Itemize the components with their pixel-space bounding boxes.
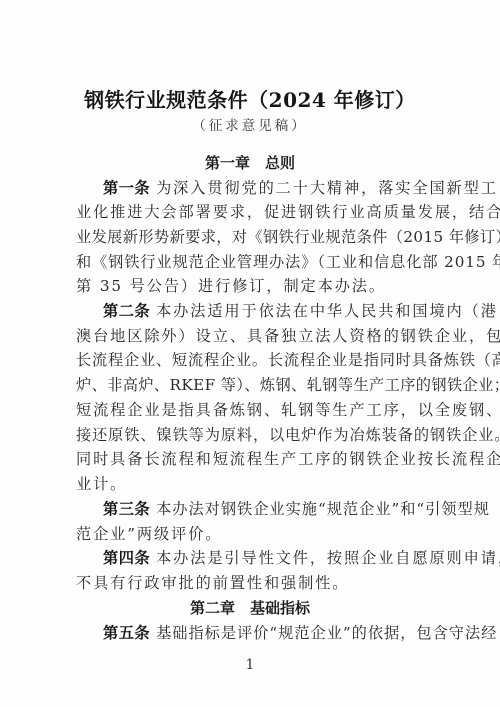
document-subtitle: （征求意见稿） xyxy=(0,116,500,136)
article-2-line-2: 澳台地区除外）设立、具备独立法人资格的钢铁企业，包括 xyxy=(76,325,428,347)
article-2-line-7: 同时具备长流程和短流程生产工序的钢铁企业按长流程企 xyxy=(76,448,428,470)
article-4-line-1: 第四条本办法是引导性文件，按照企业自愿原则申请， xyxy=(103,547,428,569)
article-label: 第一条 xyxy=(103,179,150,197)
article-5-line-1: 第五条基础指标是评价“规范企业”的依据，包含守法经 xyxy=(103,622,428,644)
paragraph-text: 本办法对钢铁企业实施“规范企业”和“引领型规 xyxy=(156,500,490,518)
article-2-line-3: 长流程企业、短流程企业。长流程企业是指同时具备炼铁（高 xyxy=(76,349,428,371)
paragraph-text: 基础指标是评价“规范企业”的依据，包含守法经 xyxy=(156,624,497,642)
article-label: 第五条 xyxy=(103,624,150,642)
article-1-line-5: 第 35 号公告）进行修订，制定本办法。 xyxy=(76,275,428,297)
article-1-line-2: 业化推进大会部署要求，促进钢铁行业高质量发展，结合行 xyxy=(76,201,428,223)
article-1-line-3: 业发展新形势新要求，对《钢铁行业规范条件（2015 年修订）》 xyxy=(76,226,428,248)
article-label: 第二条 xyxy=(103,302,150,320)
chapter-heading-2: 第二章 基础指标 xyxy=(0,597,500,619)
article-2-line-4: 炉、非高炉、RKEF 等）、炼钢、轧钢等生产工序的钢铁企业； xyxy=(76,374,428,396)
paragraph-text: 本办法适用于依法在中华人民共和国境内（港 xyxy=(156,302,498,320)
paragraph-text: 为深入贯彻党的二十大精神，落实全国新型工 xyxy=(156,179,498,197)
article-2-line-6: 接还原铁、镍铁等为原料，以电炉作为冶炼装备的钢铁企业。 xyxy=(76,424,428,446)
article-4-line-2: 不具有行政审批的前置性和强制性。 xyxy=(76,572,428,594)
article-2-line-8: 业计。 xyxy=(76,473,428,495)
page-number: 1 xyxy=(0,655,500,675)
article-3-line-2: 范企业”两级评价。 xyxy=(76,523,428,545)
article-2-line-5: 短流程企业是指具备炼钢、轧钢等生产工序，以全废钢、直 xyxy=(76,399,428,421)
article-2-line-1: 第二条本办法适用于依法在中华人民共和国境内（港 xyxy=(103,300,428,322)
document-title: 钢铁行业规范条件（2024 年修订） xyxy=(0,86,500,114)
article-3-line-1: 第三条本办法对钢铁企业实施“规范企业”和“引领型规 xyxy=(103,498,428,520)
article-1-line-1: 第一条为深入贯彻党的二十大精神，落实全国新型工 xyxy=(103,177,428,199)
paragraph-text: 本办法是引导性文件，按照企业自愿原则申请， xyxy=(156,549,500,567)
article-label: 第三条 xyxy=(103,500,150,518)
article-label: 第四条 xyxy=(103,549,150,567)
article-1-line-4: 和《钢铁行业规范企业管理办法》（工业和信息化部 2015 年 xyxy=(76,251,428,273)
document-page: 钢铁行业规范条件（2024 年修订） （征求意见稿） 第一章 总则 第一条为深入… xyxy=(0,0,500,707)
chapter-heading-1: 第一章 总则 xyxy=(0,152,500,174)
